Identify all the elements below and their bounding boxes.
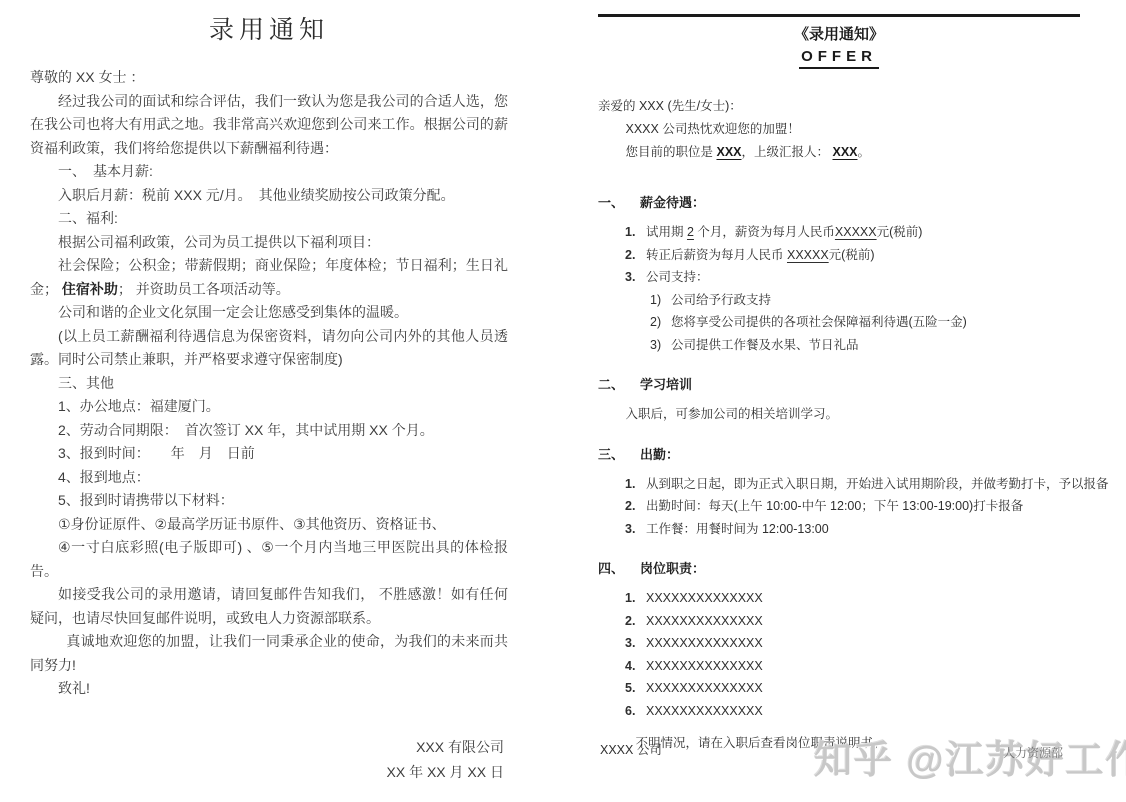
culture-paragraph: 公司和谐的企业文化氛围一定会让您感受到集体的温暖。 <box>30 301 508 325</box>
offer-subtitle: OFFER <box>799 48 879 69</box>
list-marker: 2. <box>625 610 646 633</box>
attendance-item-1: 1.从到职之日起，即为正式入职日期，开始进入试用期阶段，并做考勤打卡，予以报备 <box>625 473 1080 496</box>
duty-text: XXXXXXXXXXXXXX <box>646 677 763 700</box>
probation-salary-value: XXXXX <box>835 225 877 239</box>
offer-letter-right: 《录用通知》 OFFER 亲爱的 XXX (先生/女士)： XXXX 公司热忱欢… <box>598 8 1080 755</box>
section-title: 岗位职责： <box>640 558 705 577</box>
right-company-signature: XXXX 公司 <box>600 740 662 758</box>
duty-text: XXXXXXXXXXXXXX <box>646 610 763 633</box>
salute-line: 致礼! <box>30 677 508 701</box>
duty-item-6: 6.XXXXXXXXXXXXXX <box>625 700 1080 723</box>
signature-block: XXX 有限公司 XX 年 XX 月 XX 日 <box>30 735 508 785</box>
section-heading-salary: 一、薪金待遇： <box>598 192 1080 211</box>
section-num: 三、 <box>598 444 640 463</box>
duty-item-2: 2.XXXXXXXXXXXXXX <box>625 610 1080 633</box>
section-title: 出勤： <box>640 444 679 463</box>
materials-line-1: ①身份证原件、②最高学历证书原件、③其他资历、资格证书、 <box>30 513 508 537</box>
welfare-intro: 根据公司福利政策，公司为员工提供以下福利项目： <box>30 231 508 255</box>
other-item-4: 4、报到地点： <box>30 466 508 490</box>
text-part: 元(税前) <box>877 225 923 239</box>
text-part: 转正后薪资为每月人民币 <box>646 248 787 262</box>
section2-heading: 二、福利: <box>30 207 508 231</box>
subitem-text: 您将享受公司提供的各项社会保障福利待遇(五险一金) <box>671 311 967 334</box>
list-marker: 3. <box>625 518 646 541</box>
subitem-text: 公司提供工作餐及水果、节日礼品 <box>671 334 859 357</box>
duty-item-4: 4.XXXXXXXXXXXXXX <box>625 655 1080 678</box>
duty-text: XXXXXXXXXXXXXX <box>646 632 763 655</box>
document-canvas: 录用通知 尊敬的 XX 女士 ： 经过我公司的面试和综合评估，我们一致认为您是我… <box>0 0 1126 802</box>
position-post: 。 <box>858 145 871 159</box>
text-part: 元(税前) <box>829 248 875 262</box>
list-marker: 2. <box>625 244 646 267</box>
welfare-list-post: ； 并资助员工各项活动等。 <box>118 281 290 297</box>
attendance-item-3: 3.工作餐：用餐时间为 12:00-13:00 <box>625 518 1080 541</box>
other-item-1: 1、办公地点：福建厦门。 <box>30 395 508 419</box>
other-item-2: 2、劳动合同期限： 首次签订 XX 年，其中试用期 XX 个月。 <box>30 419 508 443</box>
top-rule <box>598 14 1080 17</box>
duty-item-3: 3.XXXXXXXXXXXXXX <box>625 632 1080 655</box>
other-item-5: 5、报到时请携带以下材料： <box>30 489 508 513</box>
signature-date: XX 年 XX 月 XX 日 <box>30 760 504 785</box>
greeting: 亲爱的 XXX (先生/女士)： <box>598 95 1080 118</box>
list-marker: 3) <box>650 334 671 357</box>
offer-subtitle-line: OFFER <box>598 48 1080 69</box>
support-subitem-1: 1)公司给予行政支持 <box>650 289 1080 312</box>
left-page-title: 录用通知 <box>30 10 508 46</box>
salary-item-2-text: 转正后薪资为每月人民币 XXXXX元(税前) <box>646 244 875 267</box>
welcome-line: XXXX 公司热忱欢迎您的加盟！ <box>598 118 1080 141</box>
subitem-text: 公司给予行政支持 <box>671 289 771 312</box>
salary-item-1-text: 试用期 2 个月，薪资为每月人民币XXXXX元(税前) <box>646 221 922 244</box>
list-marker: 6. <box>625 700 646 723</box>
text-part: 个月，薪资为每月人民币 <box>694 225 835 239</box>
hr-dept-signature: 人力资源部 <box>1003 744 1063 761</box>
section-heading-training: 二、学习培训 <box>598 374 1080 393</box>
probation-months-value: 2 <box>687 225 694 239</box>
section-title: 学习培训 <box>640 374 692 393</box>
salary-item-1: 1.试用期 2 个月，薪资为每月人民币XXXXX元(税前) <box>625 221 1080 244</box>
confidential-note: (以上员工薪酬福利待遇信息为保密资料，请勿向公司内外的其他人员透露。同时公司禁止… <box>30 325 508 372</box>
position-value: XXX <box>716 145 741 159</box>
duty-item-1: 1.XXXXXXXXXXXXXX <box>625 587 1080 610</box>
list-marker: 1. <box>625 587 646 610</box>
list-marker: 1. <box>625 473 646 496</box>
supervisor-value: XXX <box>832 145 857 159</box>
section-heading-duties: 四、岗位职责： <box>598 558 1080 577</box>
signature-company: XXX 有限公司 <box>30 735 504 760</box>
welfare-list: 社会保险；公积金；带薪假期；商业保险；年度体检；节日福利；生日礼金； 住宿补助；… <box>30 254 508 301</box>
duty-text: XXXXXXXXXXXXXX <box>646 587 763 610</box>
list-marker: 1. <box>625 221 646 244</box>
list-marker: 2. <box>625 495 646 518</box>
list-marker: 2) <box>650 311 671 334</box>
list-marker: 5. <box>625 677 646 700</box>
zhihu-watermark: 知乎 @江苏好工作 <box>814 729 1126 784</box>
offer-letter-left: 录用通知 尊敬的 XX 女士 ： 经过我公司的面试和综合评估，我们一致认为您是我… <box>30 6 508 701</box>
salary-item-3-text: 公司支持： <box>646 266 709 289</box>
duty-item-5: 5.XXXXXXXXXXXXXX <box>625 677 1080 700</box>
welfare-list-highlight: 住宿补助 <box>62 281 118 297</box>
section-num: 二、 <box>598 374 640 393</box>
section1-body: 入职后月薪：税前 XXX 元/月。 其他业绩奖励按公司政策分配。 <box>30 184 508 208</box>
duty-text: XXXXXXXXXXXXXX <box>646 655 763 678</box>
closing-paragraph-2: 真诚地欢迎您的加盟，让我们一同秉承企业的使命，为我们的未来而共同努力! <box>30 630 508 677</box>
attendance-text: 出勤时间：每天(上午 10:00-中午 12:00；下午 13:00-19:00… <box>646 495 1023 518</box>
section-num: 四、 <box>598 558 640 577</box>
right-page-title: 《录用通知》 <box>598 23 1080 44</box>
training-body: 入职后，可参加公司的相关培训学习。 <box>598 403 1080 426</box>
list-marker: 1) <box>650 289 671 312</box>
section3-heading: 三、其他 <box>30 372 508 396</box>
closing-paragraph-1: 如接受我公司的录用邀请，请回复邮件告知我们， 不胜感激！如有任何疑问，也请尽快回… <box>30 583 508 630</box>
text-part: 试用期 <box>646 225 687 239</box>
salutation: 尊敬的 XX 女士 ： <box>30 66 508 90</box>
other-item-3: 3、报到时间： 年 月 日前 <box>30 442 508 466</box>
section-heading-attendance: 三、出勤： <box>598 444 1080 463</box>
duty-text: XXXXXXXXXXXXXX <box>646 700 763 723</box>
salary-item-2: 2.转正后薪资为每月人民币 XXXXX元(税前) <box>625 244 1080 267</box>
attendance-item-2: 2.出勤时间：每天(上午 10:00-中午 12:00；下午 13:00-19:… <box>625 495 1080 518</box>
section1-heading: 一、 基本月薪: <box>30 160 508 184</box>
section-title: 薪金待遇： <box>640 192 705 211</box>
attendance-text: 从到职之日起，即为正式入职日期，开始进入试用期阶段，并做考勤打卡，予以报备 <box>646 473 1109 496</box>
position-line: 您目前的职位是 XXX，上级汇报人： XXX。 <box>598 141 1080 164</box>
list-marker: 3. <box>625 632 646 655</box>
attendance-text: 工作餐：用餐时间为 12:00-13:00 <box>646 518 829 541</box>
section-num: 一、 <box>598 192 640 211</box>
list-marker: 3. <box>625 266 646 289</box>
materials-line-2: ④一寸白底彩照(电子版即可) 、⑤一个月内当地三甲医院出具的体检报告。 <box>30 536 508 583</box>
salary-item-3: 3.公司支持： <box>625 266 1080 289</box>
list-marker: 4. <box>625 655 646 678</box>
position-mid: ，上级汇报人： <box>742 145 833 159</box>
intro-paragraph: 经过我公司的面试和综合评估，我们一致认为您是我公司的合适人选，您在我公司也将大有… <box>30 90 508 161</box>
support-subitem-2: 2)您将享受公司提供的各项社会保障福利待遇(五险一金) <box>650 311 1080 334</box>
regular-salary-value: XXXXX <box>787 248 829 262</box>
support-subitem-3: 3)公司提供工作餐及水果、节日礼品 <box>650 334 1080 357</box>
position-pre: 您目前的职位是 <box>626 145 717 159</box>
